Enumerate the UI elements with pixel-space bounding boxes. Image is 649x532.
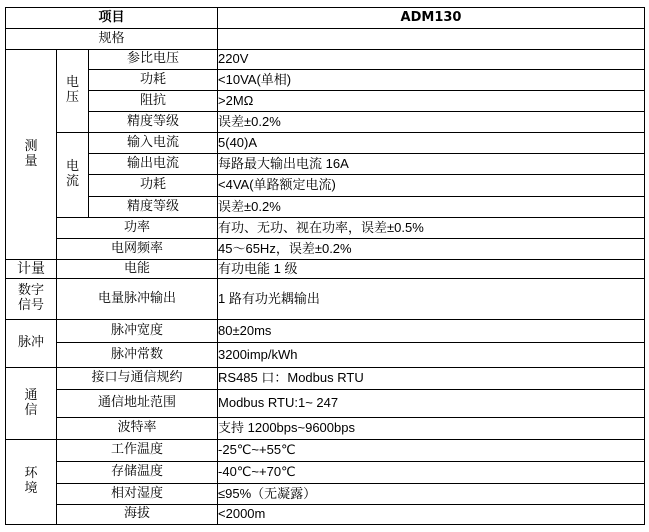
header-row: 项目 ADM130 bbox=[6, 8, 645, 29]
table-row: 功率 有功、无功、视在功率，误差±0.5% bbox=[6, 218, 645, 239]
param-value: 220V bbox=[218, 50, 645, 70]
table-row: 电流 输入电流 5(40)A bbox=[6, 133, 645, 154]
table-row: 相对湿度 ≤95%（无凝露） bbox=[6, 484, 645, 505]
table-row: 脉冲常数 3200imp/kWh bbox=[6, 343, 645, 368]
param-value: 有功电能 1 级 bbox=[218, 260, 645, 279]
param-name: 电量脉冲输出 bbox=[57, 279, 218, 320]
param-value: 3200imp/kWh bbox=[218, 343, 645, 368]
param-value: <10VA(单相) bbox=[218, 70, 645, 91]
table-row: 存储温度 -40℃~+70℃ bbox=[6, 462, 645, 484]
header-model: ADM130 bbox=[218, 8, 645, 29]
param-value: <4VA(单路额定电流) bbox=[218, 175, 645, 197]
table-row: 通信 接口与通信规约 RS485 口：Modbus RTU bbox=[6, 368, 645, 390]
param-value: <2000m bbox=[218, 505, 645, 525]
group-pulse: 脉冲 bbox=[6, 320, 57, 368]
param-value: >2MΩ bbox=[218, 91, 645, 112]
table-row: 精度等级 误差±0.2% bbox=[6, 112, 645, 133]
param-value: 1 路有功光耦输出 bbox=[218, 279, 645, 320]
param-name: 通信地址范围 bbox=[57, 390, 218, 418]
spec-table: 项目 ADM130 规格 测量 电压 参比电压 220V 功耗 <10VA(单相… bbox=[5, 7, 645, 525]
table-row: 功耗 <4VA(单路额定电流) bbox=[6, 175, 645, 197]
param-value: 5(40)A bbox=[218, 133, 645, 154]
group-measurement: 测量 bbox=[6, 50, 57, 260]
param-name: 输出电流 bbox=[89, 154, 218, 175]
group-digital-signal: 数字信号 bbox=[6, 279, 57, 320]
table-row: 环境 工作温度 -25℃~+55℃ bbox=[6, 440, 645, 462]
group-environment: 环境 bbox=[6, 440, 57, 525]
table-row: 电网频率 45～65Hz，误差±0.2% bbox=[6, 239, 645, 260]
table-row: 阻抗 >2MΩ bbox=[6, 91, 645, 112]
param-name: 功耗 bbox=[89, 70, 218, 91]
param-name: 阻抗 bbox=[89, 91, 218, 112]
param-value: 每路最大输出电流 16A bbox=[218, 154, 645, 175]
group-communication: 通信 bbox=[6, 368, 57, 440]
param-name: 脉冲常数 bbox=[57, 343, 218, 368]
param-name: 接口与通信规约 bbox=[57, 368, 218, 390]
param-name: 存储温度 bbox=[57, 462, 218, 484]
table-row: 功耗 <10VA(单相) bbox=[6, 70, 645, 91]
param-value: ≤95%（无凝露） bbox=[218, 484, 645, 505]
param-name: 功耗 bbox=[89, 175, 218, 197]
param-value: Modbus RTU:1~ 247 bbox=[218, 390, 645, 418]
param-value: -40℃~+70℃ bbox=[218, 462, 645, 484]
param-value: RS485 口：Modbus RTU bbox=[218, 368, 645, 390]
param-value: 有功、无功、视在功率，误差±0.5% bbox=[218, 218, 645, 239]
param-name: 电网频率 bbox=[57, 239, 218, 260]
param-name: 波特率 bbox=[57, 418, 218, 440]
param-value: 误差±0.2% bbox=[218, 197, 645, 218]
param-name: 输入电流 bbox=[89, 133, 218, 154]
group-metering: 计量 bbox=[6, 260, 57, 279]
param-name: 电能 bbox=[57, 260, 218, 279]
param-value: 80±20ms bbox=[218, 320, 645, 343]
param-name: 相对湿度 bbox=[57, 484, 218, 505]
param-name: 精度等级 bbox=[89, 112, 218, 133]
param-name: 精度等级 bbox=[89, 197, 218, 218]
param-value: -25℃~+55℃ bbox=[218, 440, 645, 462]
table-row: 数字信号 电量脉冲输出 1 路有功光耦输出 bbox=[6, 279, 645, 320]
table-row: 海拔 <2000m bbox=[6, 505, 645, 525]
subgroup-current: 电流 bbox=[57, 133, 89, 218]
param-name: 参比电压 bbox=[89, 50, 218, 70]
table-row: 精度等级 误差±0.2% bbox=[6, 197, 645, 218]
spec-label: 规格 bbox=[6, 29, 218, 50]
param-name: 工作温度 bbox=[57, 440, 218, 462]
param-name: 功率 bbox=[57, 218, 218, 239]
param-name: 脉冲宽度 bbox=[57, 320, 218, 343]
spec-value bbox=[218, 29, 645, 50]
table-row: 脉冲 脉冲宽度 80±20ms bbox=[6, 320, 645, 343]
header-item: 项目 bbox=[6, 8, 218, 29]
table-row: 输出电流 每路最大输出电流 16A bbox=[6, 154, 645, 175]
param-name: 海拔 bbox=[57, 505, 218, 525]
spec-row: 规格 bbox=[6, 29, 645, 50]
table-row: 测量 电压 参比电压 220V bbox=[6, 50, 645, 70]
table-row: 计量 电能 有功电能 1 级 bbox=[6, 260, 645, 279]
param-value: 支持 1200bps~9600bps bbox=[218, 418, 645, 440]
param-value: 误差±0.2% bbox=[218, 112, 645, 133]
table-row: 通信地址范围 Modbus RTU:1~ 247 bbox=[6, 390, 645, 418]
table-row: 波特率 支持 1200bps~9600bps bbox=[6, 418, 645, 440]
subgroup-voltage: 电压 bbox=[57, 50, 89, 133]
param-value: 45～65Hz，误差±0.2% bbox=[218, 239, 645, 260]
